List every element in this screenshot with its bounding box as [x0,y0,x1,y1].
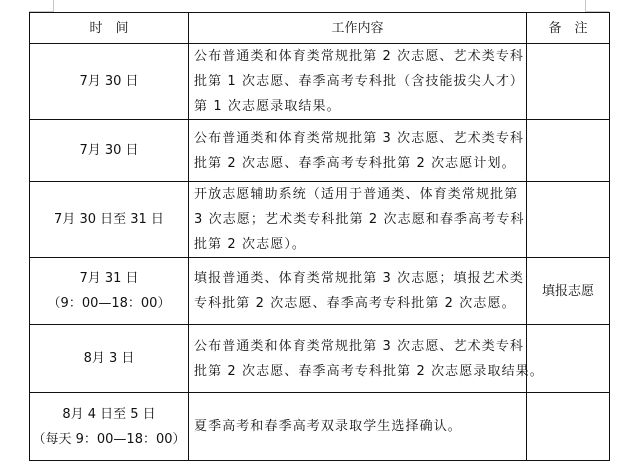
table-row: 7月 30 日 公布普通类和体育类常规批第 3 次志愿、艺术类专科 批第 2 次… [30,120,610,182]
content-line: 批第 1 次志愿、春季高考专科批（含技能拔尖人才） [194,69,523,94]
content-line: 3 次志愿；艺术类专科批第 2 次志愿和春季高考专科 [194,207,523,232]
page-corner-mark-left-vertical [53,0,54,12]
note-cell [527,120,610,182]
note-cell [527,325,610,393]
content-line: 批第 2 次志愿）。 [194,232,523,257]
content-cell: 公布普通类和体育类常规批第 3 次志愿、艺术类专科 批第 2 次志愿、春季高考专… [189,325,527,393]
header-content: 工作内容 [189,13,527,44]
time-text: 8月 4 日至 5 日 [30,402,188,427]
time-text: 7月 30 日 [30,138,188,163]
header-row: 时 间 工作内容 备 注 [30,13,610,44]
time-text: 8月 3 日 [30,346,188,371]
note-cell [527,182,610,258]
content-line: 开放志愿辅助系统（适用于普通类、体育类常规批第 [194,182,523,207]
time-cell: 7月 30 日至 31 日 [30,182,189,258]
time-cell: 7月 30 日 [30,44,189,120]
time-text: 7月 30 日至 31 日 [30,207,188,232]
table-row: 8月 3 日 公布普通类和体育类常规批第 3 次志愿、艺术类专科 批第 2 次志… [30,325,610,393]
content-line: 公布普通类和体育类常规批第 3 次志愿、艺术类专科 [194,126,523,151]
content-cell: 夏季高考和春季高考双录取学生选择确认。 [189,393,527,461]
time-cell: 8月 3 日 [30,325,189,393]
content-line: 专科批第 2 次志愿、春季高考专科批第 2 次志愿。 [194,291,523,316]
content-line: 第 1 次志愿录取结果。 [194,94,523,119]
content-line: 公布普通类和体育类常规批第 3 次志愿、艺术类专科 [194,334,523,359]
content-line: 批第 2 次志愿、春季高考专科批第 2 次志愿录取结果。 [194,359,523,384]
time-text: 7月 30 日 [30,69,188,94]
content-cell: 开放志愿辅助系统（适用于普通类、体育类常规批第 3 次志愿；艺术类专科批第 2 … [189,182,527,258]
note-cell [527,44,610,120]
table-row: 7月 30 日 公布普通类和体育类常规批第 2 次志愿、艺术类专科 批第 1 次… [30,44,610,120]
content-line: 公布普通类和体育类常规批第 2 次志愿、艺术类专科 [194,44,523,69]
note-cell: 填报志愿 [527,258,610,325]
time-cell: 7月 31 日 （9：00—18：00） [30,258,189,325]
table-row: 7月 30 日至 31 日 开放志愿辅助系统（适用于普通类、体育类常规批第 3 … [30,182,610,258]
note-cell [527,393,610,461]
header-note: 备 注 [527,13,610,44]
content-cell: 公布普通类和体育类常规批第 2 次志愿、艺术类专科 批第 1 次志愿、春季高考专… [189,44,527,120]
time-range-text: （9：00—18：00） [30,291,188,316]
content-line: 批第 2 次志愿、春季高考专科批第 2 次志愿计划。 [194,151,523,176]
content-line: 夏季高考和春季高考双录取学生选择确认。 [194,414,523,439]
time-range-text: （每天 9：00—18：00） [30,427,188,452]
table-row: 8月 4 日至 5 日 （每天 9：00—18：00） 夏季高考和春季高考双录取… [30,393,610,461]
table-row: 7月 31 日 （9：00—18：00） 填报普通类、体育类常规批第 3 次志愿… [30,258,610,325]
content-line: 填报普通类、体育类常规批第 3 次志愿；填报艺术类 [194,266,523,291]
time-cell: 7月 30 日 [30,120,189,182]
content-cell: 公布普通类和体育类常规批第 3 次志愿、艺术类专科 批第 2 次志愿、春季高考专… [189,120,527,182]
header-time: 时 间 [30,13,189,44]
time-text: 7月 31 日 [30,266,188,291]
schedule-table: 时 间 工作内容 备 注 7月 30 日 公布普通类和体育类常规批第 2 次志愿… [29,12,610,461]
content-cell: 填报普通类、体育类常规批第 3 次志愿；填报艺术类 专科批第 2 次志愿、春季高… [189,258,527,325]
time-cell: 8月 4 日至 5 日 （每天 9：00—18：00） [30,393,189,461]
